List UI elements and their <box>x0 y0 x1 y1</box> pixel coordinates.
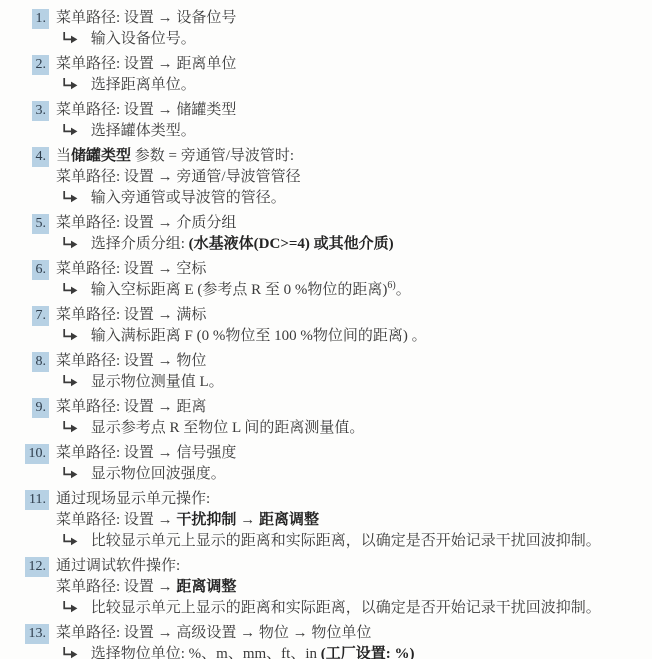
step-sub-line: 显示物位测量值 L。 <box>56 372 644 393</box>
text-segment: 显示物位回波强度。 <box>91 466 226 482</box>
step-item: 6. 菜单路径: 设置 → 空标 输入空标距离 E (参考点 R 至 0 %物位… <box>11 259 644 301</box>
step-item: 13. 菜单路径: 设置 → 高级设置 → 物位 → 物位单位 选择物位单位: … <box>11 623 644 659</box>
step-number-col: 3. <box>11 100 49 142</box>
submenu-arrow-icon <box>62 418 78 439</box>
step-sub-line: 输入满标距离 F (0 %物位至 100 %物位间的距离) 。 <box>56 326 644 347</box>
submenu-arrow-icon <box>62 372 78 393</box>
text-segment: 参数 = 旁通管/导波管时: <box>131 148 294 164</box>
step-number-col: 2. <box>11 54 49 96</box>
text-segment: 选择距离单位。 <box>91 77 196 93</box>
text-segment: (水基液体(DC>=4) 或其他介质) <box>189 236 394 252</box>
step-number-col: 11. <box>11 489 49 552</box>
step-sub-line: 选择物位单位: %、m、mm、ft、in (工厂设置: %) <box>56 644 644 659</box>
step-sub-line: 显示物位回波强度。 <box>56 464 644 485</box>
step-sub-line: 输入空标距离 E (参考点 R 至 0 %物位的距离)6)。 <box>56 280 644 301</box>
step-content: 菜单路径: 设置 → 物位 显示物位测量值 L。 <box>56 351 644 393</box>
step-path-line: 菜单路径: 设置 → 旁通管/导波管管径 <box>56 167 644 188</box>
step-number-col: 12. <box>11 556 49 619</box>
text-segment: 菜单路径: 设置 → 满标 <box>56 307 206 323</box>
step-path-line: 菜单路径: 设置 → 空标 <box>56 259 644 280</box>
text-segment: 选择罐体类型。 <box>91 123 196 139</box>
submenu-arrow-icon <box>62 598 78 619</box>
step-item: 3. 菜单路径: 设置 → 储罐类型 选择罐体类型。 <box>11 100 644 142</box>
text-segment: 距离调整 <box>259 512 319 528</box>
text-segment: 菜单路径: 设置 → 信号强度 <box>56 445 236 461</box>
text-segment: 显示参考点 R 至物位 L 间的距离测量值。 <box>91 420 365 436</box>
step-number-col: 6. <box>11 259 49 301</box>
step-item: 9. 菜单路径: 设置 → 距离 显示参考点 R 至物位 L 间的距离测量值。 <box>11 397 644 439</box>
step-number-badge: 7. <box>32 306 50 326</box>
text-segment: 菜单路径: 设置 → 高级设置 → 物位 → 物位单位 <box>56 625 371 641</box>
step-path-line: 菜单路径: 设置 → 设备位号 <box>56 8 644 29</box>
text-segment: 菜单路径: 设置 → 设备位号 <box>56 10 236 26</box>
text-segment: 选择物位单位: %、m、mm、ft、in <box>91 646 321 659</box>
submenu-arrow-icon <box>62 75 78 96</box>
document-page: 1. 菜单路径: 设置 → 设备位号 输入设备位号。 2. 菜单路径: 设置 →… <box>0 0 652 659</box>
text-segment: 菜单路径: 设置 → 距离单位 <box>56 56 236 72</box>
step-item: 8. 菜单路径: 设置 → 物位 显示物位测量值 L。 <box>11 351 644 393</box>
step-content: 菜单路径: 设置 → 高级设置 → 物位 → 物位单位 选择物位单位: %、m、… <box>56 623 644 659</box>
submenu-arrow-icon <box>62 29 78 50</box>
step-item: 1. 菜单路径: 设置 → 设备位号 输入设备位号。 <box>11 8 644 50</box>
step-path-line: 菜单路径: 设置 → 距离调整 <box>56 577 644 598</box>
step-content: 菜单路径: 设置 → 设备位号 输入设备位号。 <box>56 8 644 50</box>
step-path-line: 菜单路径: 设置 → 物位 <box>56 351 644 372</box>
step-content: 菜单路径: 设置 → 空标 输入空标距离 E (参考点 R 至 0 %物位的距离… <box>56 259 644 301</box>
submenu-arrow-icon <box>62 531 78 552</box>
step-content: 菜单路径: 设置 → 介质分组 选择介质分组: (水基液体(DC>=4) 或其他… <box>56 213 644 255</box>
submenu-arrow-icon <box>62 280 78 301</box>
step-item: 10. 菜单路径: 设置 → 信号强度 显示物位回波强度。 <box>11 443 644 485</box>
step-number-badge: 12. <box>25 557 50 577</box>
step-number-col: 10. <box>11 443 49 485</box>
text-segment: 距离调整 <box>176 579 236 595</box>
step-number-col: 4. <box>11 146 49 209</box>
step-number-col: 1. <box>11 8 49 50</box>
step-path-line: 菜单路径: 设置 → 满标 <box>56 305 644 326</box>
text-segment: 菜单路径: 设置 → 储罐类型 <box>56 102 236 118</box>
step-number-badge: 9. <box>32 398 50 418</box>
text-segment: 菜单路径: 设置 → <box>56 579 176 595</box>
text-segment: 6) <box>387 280 395 291</box>
step-number-badge: 8. <box>32 352 50 372</box>
step-number-badge: 5. <box>32 214 50 234</box>
text-segment: 菜单路径: 设置 → 旁通管/导波管管径 <box>56 169 301 185</box>
step-number-badge: 13. <box>25 624 50 644</box>
text-segment: 输入旁通管或导波管的管径。 <box>91 190 286 206</box>
text-segment: 菜单路径: 设置 → 距离 <box>56 399 206 415</box>
step-number-col: 13. <box>11 623 49 659</box>
step-path-line: 菜单路径: 设置 → 距离单位 <box>56 54 644 75</box>
text-segment: 输入空标距离 E (参考点 R 至 0 %物位的距离) <box>91 282 388 298</box>
step-sub-line: 比较显示单元上显示的距离和实际距离，以确定是否开始记录干扰回波抑制。 <box>56 531 644 552</box>
step-path-line: 通过调试软件操作: <box>56 556 644 577</box>
step-sub-line: 选择罐体类型。 <box>56 121 644 142</box>
text-segment: 菜单路径: 设置 → <box>56 512 176 528</box>
text-segment: 选择介质分组: <box>91 236 189 252</box>
step-content: 当储罐类型 参数 = 旁通管/导波管时:菜单路径: 设置 → 旁通管/导波管管径… <box>56 146 644 209</box>
step-path-line: 当储罐类型 参数 = 旁通管/导波管时: <box>56 146 644 167</box>
step-content: 菜单路径: 设置 → 储罐类型 选择罐体类型。 <box>56 100 644 142</box>
step-number-col: 5. <box>11 213 49 255</box>
submenu-arrow-icon <box>62 121 78 142</box>
text-segment: 储罐类型 <box>71 148 131 164</box>
submenu-arrow-icon <box>62 326 78 347</box>
text-segment: 菜单路径: 设置 → 空标 <box>56 261 206 277</box>
text-segment: 比较显示单元上显示的距离和实际距离，以确定是否开始记录干扰回波抑制。 <box>91 533 601 549</box>
step-path-line: 菜单路径: 设置 → 储罐类型 <box>56 100 644 121</box>
text-segment: 显示物位测量值 L。 <box>91 374 224 390</box>
steps-list: 1. 菜单路径: 设置 → 设备位号 输入设备位号。 2. 菜单路径: 设置 →… <box>11 8 644 659</box>
step-number-badge: 10. <box>25 444 50 464</box>
step-number-badge: 11. <box>25 490 49 510</box>
step-sub-line: 输入设备位号。 <box>56 29 644 50</box>
step-number-badge: 6. <box>32 260 50 280</box>
step-item: 7. 菜单路径: 设置 → 满标 输入满标距离 F (0 %物位至 100 %物… <box>11 305 644 347</box>
step-number-col: 7. <box>11 305 49 347</box>
step-content: 通过调试软件操作:菜单路径: 设置 → 距离调整 比较显示单元上显示的距离和实际… <box>56 556 644 619</box>
step-content: 菜单路径: 设置 → 距离 显示参考点 R 至物位 L 间的距离测量值。 <box>56 397 644 439</box>
submenu-arrow-icon <box>62 644 78 659</box>
text-segment: 比较显示单元上显示的距离和实际距离，以确定是否开始记录干扰回波抑制。 <box>91 600 601 616</box>
text-segment: 输入设备位号。 <box>91 31 196 47</box>
step-number-badge: 2. <box>32 55 50 75</box>
step-item: 2. 菜单路径: 设置 → 距离单位 选择距离单位。 <box>11 54 644 96</box>
step-number-col: 8. <box>11 351 49 393</box>
step-sub-line: 显示参考点 R 至物位 L 间的距离测量值。 <box>56 418 644 439</box>
step-sub-line: 选择距离单位。 <box>56 75 644 96</box>
step-content: 菜单路径: 设置 → 距离单位 选择距离单位。 <box>56 54 644 96</box>
step-item: 4. 当储罐类型 参数 = 旁通管/导波管时:菜单路径: 设置 → 旁通管/导波… <box>11 146 644 209</box>
submenu-arrow-icon <box>62 188 78 209</box>
step-item: 12. 通过调试软件操作:菜单路径: 设置 → 距离调整 比较显示单元上显示的距… <box>11 556 644 619</box>
text-segment: 干扰抑制 <box>176 512 236 528</box>
text-segment: 通过现场显示单元操作: <box>56 491 210 507</box>
step-sub-line: 输入旁通管或导波管的管径。 <box>56 188 644 209</box>
submenu-arrow-icon <box>62 234 78 255</box>
step-number-badge: 3. <box>32 101 50 121</box>
text-segment: 。 <box>396 282 411 298</box>
step-path-line: 菜单路径: 设置 → 介质分组 <box>56 213 644 234</box>
step-path-line: 菜单路径: 设置 → 干扰抑制 → 距离调整 <box>56 510 644 531</box>
text-segment: → <box>236 512 259 528</box>
text-segment: 菜单路径: 设置 → 物位 <box>56 353 206 369</box>
step-path-line: 菜单路径: 设置 → 高级设置 → 物位 → 物位单位 <box>56 623 644 644</box>
step-number-badge: 4. <box>32 147 50 167</box>
step-path-line: 通过现场显示单元操作: <box>56 489 644 510</box>
step-content: 菜单路径: 设置 → 信号强度 显示物位回波强度。 <box>56 443 644 485</box>
step-path-line: 菜单路径: 设置 → 信号强度 <box>56 443 644 464</box>
text-segment: (工厂设置: %) <box>321 646 415 659</box>
submenu-arrow-icon <box>62 464 78 485</box>
step-content: 通过现场显示单元操作:菜单路径: 设置 → 干扰抑制 → 距离调整 比较显示单元… <box>56 489 644 552</box>
step-number-badge: 1. <box>32 9 50 29</box>
step-sub-line: 选择介质分组: (水基液体(DC>=4) 或其他介质) <box>56 234 644 255</box>
step-path-line: 菜单路径: 设置 → 距离 <box>56 397 644 418</box>
text-segment: 菜单路径: 设置 → 介质分组 <box>56 215 236 231</box>
step-number-col: 9. <box>11 397 49 439</box>
text-segment: 通过调试软件操作: <box>56 558 180 574</box>
step-content: 菜单路径: 设置 → 满标 输入满标距离 F (0 %物位至 100 %物位间的… <box>56 305 644 347</box>
step-item: 11. 通过现场显示单元操作:菜单路径: 设置 → 干扰抑制 → 距离调整 比较… <box>11 489 644 552</box>
step-item: 5. 菜单路径: 设置 → 介质分组 选择介质分组: (水基液体(DC>=4) … <box>11 213 644 255</box>
step-sub-line: 比较显示单元上显示的距离和实际距离，以确定是否开始记录干扰回波抑制。 <box>56 598 644 619</box>
text-segment: 输入满标距离 F (0 %物位至 100 %物位间的距离) 。 <box>91 328 427 344</box>
text-segment: 当 <box>56 148 71 164</box>
